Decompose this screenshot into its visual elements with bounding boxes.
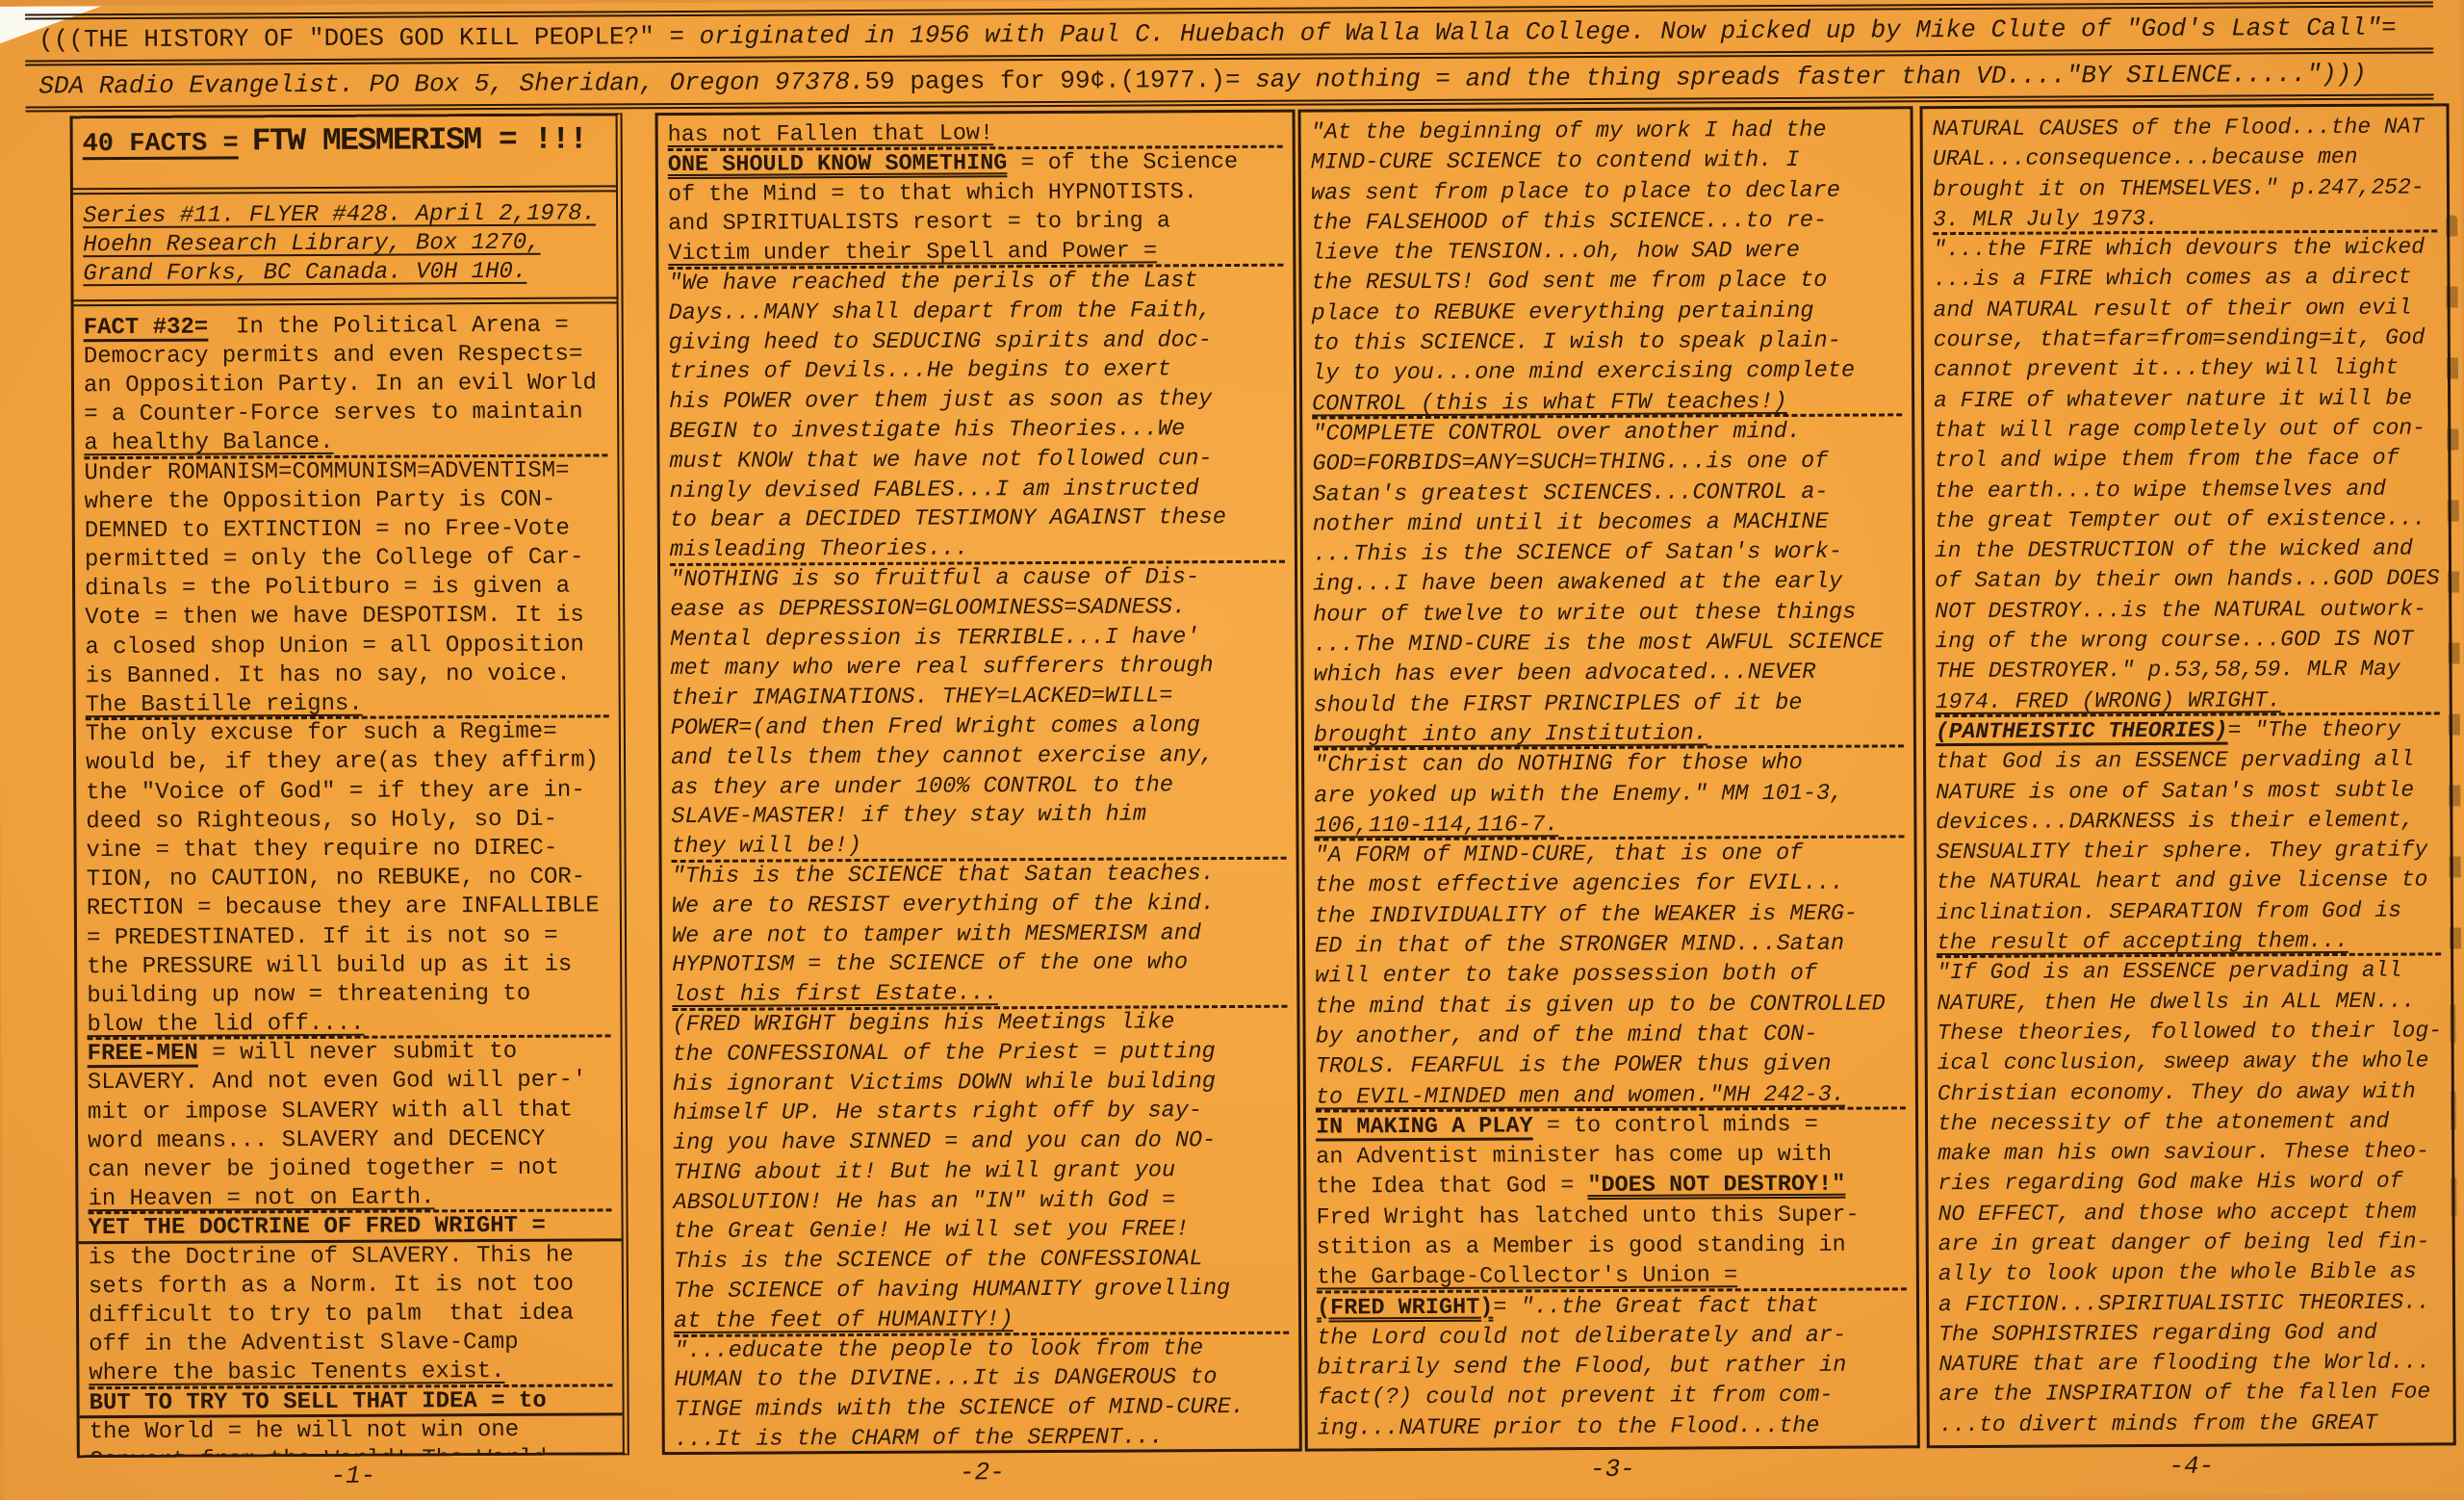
line-text: brought into any Institution.	[1314, 720, 1707, 748]
line-tail: = of the Science	[1007, 149, 1238, 176]
text-line: at the feet of HUMANITY!)	[674, 1305, 1289, 1337]
line-text: "...the FIRE which devours the wicked	[1933, 235, 2425, 263]
line-text: permitted = only the College of Car-	[85, 545, 584, 574]
text-line: The SCIENCE of having HUMANITY grovellin…	[674, 1275, 1289, 1307]
line-text: 3. MLR July 1973.	[1933, 206, 2159, 232]
line-text: in the DESTRUCTION of the wicked and	[1935, 536, 2413, 564]
text-line: his POWER over them just as soon as they	[669, 385, 1284, 418]
text-line: would be, if they are(as they affirm)	[86, 747, 609, 779]
line-text: "At the beginning of my work I had the	[1311, 117, 1827, 146]
text-line: HYPNOTISM = the SCIENCE of the one who	[672, 948, 1287, 981]
line-text: the necessity of the atonement and	[1938, 1109, 2389, 1136]
text-line: the Lord could not deliberately and ar-	[1317, 1320, 1907, 1354]
text-line: the FALSEHOOD of this SCIENCE...to re-	[1311, 205, 1901, 239]
line-text: the INDIVIDUALITY of the WEAKER is MERG-	[1315, 900, 1858, 929]
line-text: We are to RESIST everything of the kind.	[672, 891, 1215, 919]
line-text: the CONFESSIONAL of the Priest = putting	[673, 1039, 1216, 1068]
line-text: are the INSPIRATION of the fallen Foe	[1938, 1380, 2430, 1408]
line-tail: = "The theory	[2227, 717, 2400, 743]
text-line: the World = he will not win one	[90, 1415, 613, 1447]
text-line: ing of the wrong course...GOD IS NOT	[1935, 624, 2439, 657]
text-line: We are to RESIST everything of the kind.	[672, 889, 1287, 921]
line-text: We are not to tamper with MESMERISM and	[672, 920, 1201, 949]
text-line: blow the lid off....	[87, 1008, 610, 1040]
line-tail: = to control minds =	[1533, 1112, 1818, 1140]
text-line: the result of accepting them...	[1937, 925, 2441, 958]
text-line: ing you have SINNED = and you can do NO-	[673, 1126, 1288, 1159]
text-line: the Idea that God = "DOES NOT DESTROY!"	[1316, 1170, 1906, 1203]
line-text: ing of the wrong course...GOD IS NOT	[1935, 627, 2413, 655]
line-text: These theories, followed to their log-	[1937, 1018, 2442, 1046]
text-line: is Banned. It has no say, no voice.	[86, 659, 609, 691]
flyer-sheet: (((THE HISTORY OF "DOES GOD KILL PEOPLE?…	[0, 0, 2464, 1500]
text-line: Mental depression is TERRIBLE...I have'	[670, 622, 1285, 655]
text-line: Convert from the World! The World	[90, 1444, 613, 1458]
text-line: = PREDESTINATED. If it is not so =	[87, 921, 610, 953]
text-line: should the FIRST PRINCIPLES of it be	[1314, 687, 1904, 721]
line-text: HYPNOTISM = the SCIENCE of the one who	[672, 950, 1188, 979]
line-text: has not Fallen that Low!	[668, 120, 994, 148]
text-line: place to REBUKE everything pertaining	[1312, 296, 1902, 329]
line-text: YET THE DOCTRINE OF FRED WRIGHT =	[89, 1213, 546, 1241]
line-text: can never be joined together = not	[88, 1155, 559, 1184]
text-line: Hoehn Research Library, Box 1270,	[83, 229, 606, 261]
line-text: ABSOLUTION! He has an "IN" with God =	[673, 1187, 1175, 1216]
text-line: Under ROMANISM=COMMUNISM=ADVENTISM=	[84, 456, 607, 488]
line-text: TION, no CAUTION, no REBUKE, no COR-	[87, 865, 586, 893]
text-line: ing...I have been awakened at the early	[1313, 567, 1903, 601]
line-text: "COMPLETE CONTROL over another mind.	[1312, 419, 1801, 448]
text-line: NATURE that are flooding the World...	[1938, 1348, 2443, 1381]
line-text: his ignorant Victims DOWN while building	[673, 1069, 1216, 1098]
line-text: (FRED WRIGHT begins his Meetings like	[672, 1009, 1174, 1038]
line-text: giving heed to SEDUCING spirits and doc-	[669, 327, 1212, 356]
line-text: POWER=(and then Fred Wright comes along	[671, 712, 1200, 741]
line-text: ries regarding God make His word of	[1938, 1169, 2402, 1197]
page-number-4: -4-	[1927, 1447, 2456, 1485]
line-text: hour of twelve to write out these things	[1313, 599, 1856, 628]
line-text: difficult to try to palm that idea	[89, 1301, 574, 1330]
text-line: ing...NATURE prior to the Flood...the	[1318, 1410, 1908, 1444]
line-text: ...This is the SCIENCE of Satan's work-	[1313, 539, 1842, 568]
text-line: an Adventist minister has come up with	[1316, 1139, 1906, 1173]
line-text: "If God is an ESSENCE pervading all	[1937, 958, 2401, 986]
text-line: the CONFESSIONAL of the Priest = putting	[673, 1037, 1288, 1070]
text-line: the Great Genie! He will set you FREE!	[674, 1215, 1289, 1248]
text-line: CONTROL (this is what FTW teaches!)	[1312, 386, 1902, 420]
text-line: ...It is the CHARM of the SERPENT...	[675, 1423, 1290, 1455]
text-line: off in the Adventist Slave-Camp	[89, 1329, 612, 1360]
text-line: ease as DEPRESSION=GLOOMINESS=SADNESS.	[670, 592, 1285, 625]
text-line: devices...DARKNESS is their element,	[1936, 805, 2440, 838]
text-line: "...the FIRE which devours the wicked	[1933, 233, 2437, 266]
line-text: the NATURAL heart and give license to	[1937, 867, 2428, 895]
line-text: the mind that is given up to be CONTROLL…	[1315, 991, 1885, 1020]
text-line: FACT #32= In the Political Arena =	[84, 311, 607, 343]
text-line: MIND-CURE SCIENCE to contend with. I	[1311, 145, 1901, 179]
text-line: where the Opposition Party is CON-	[85, 485, 608, 517]
line-head: ONE SHOULD KNOW SOMETHING	[668, 150, 1008, 178]
banner-text-segment: (((THE HISTORY OF "DOES GOD KILL PEOPLE?…	[38, 22, 700, 55]
line-text: by another, and of the mind that CON-	[1315, 1022, 1817, 1050]
text-line: "Christ can do NOTHING for those who	[1314, 748, 1904, 782]
text-line: "If God is an ESSENCE pervading all	[1937, 956, 2441, 989]
text-line: their IMAGINATIONS. THEY=LACKED=WILL=	[671, 682, 1286, 714]
text-line: as they are under 100% CONTROL to the	[671, 770, 1286, 803]
text-line: by another, and of the mind that CON-	[1315, 1019, 1905, 1052]
banner-text-segment: 59 pages for 99¢.(1977.)	[864, 65, 1225, 96]
text-line: stition as a Member is good standing in	[1317, 1229, 1907, 1263]
line-head: (PANTHEISTIC THEORIES)	[1936, 718, 2228, 745]
line-text: will enter to take possession both of	[1315, 961, 1817, 990]
column-4: NATURAL CAUSES of the Flood...the NATURA…	[1920, 103, 2456, 1448]
text-line: "NOTHING is so fruitful a cause of Dis-	[670, 563, 1285, 596]
text-line: = a Counter-Force serves to maintain	[84, 399, 607, 430]
line-text: misleading Theories...	[670, 536, 968, 564]
line-text: the result of accepting them...	[1937, 928, 2348, 955]
text-line: BUT TO TRY TO SELL THAT IDEA = to	[79, 1386, 622, 1418]
page-number-3: -3-	[1305, 1450, 1920, 1487]
line-text: ing...NATURE prior to the Flood...the	[1318, 1413, 1820, 1442]
text-line: "This is the SCIENCE that Satan teaches.	[672, 860, 1287, 892]
line-text: "This is the SCIENCE that Satan teaches.	[672, 861, 1215, 890]
banner-text-segment: originated in 1956 with Paul C. Huebach …	[700, 13, 2397, 51]
text-line: himself UP. He starts right off by say-	[673, 1097, 1288, 1129]
text-line: vine = that they require no DIREC-	[86, 834, 609, 866]
line-head: FREE-MEN	[88, 1041, 198, 1068]
text-line: that will rage completely out of con-	[1934, 413, 2438, 446]
line-text: NOT DESTROY...is the NATURAL outwork-	[1935, 596, 2426, 624]
text-line: THE DESTROYER." p.53,58,59. MLR May	[1936, 655, 2440, 687]
line-text: NATURE, then He dwells in ALL MEN...	[1937, 988, 2415, 1016]
text-line: make man his own saviour. These theo-	[1938, 1137, 2442, 1170]
line-text: The SCIENCE of having HUMANITY grovellin…	[674, 1276, 1230, 1305]
line-text: ...It is the CHARM of the SERPENT...	[675, 1424, 1164, 1453]
text-line: These theories, followed to their log-	[1937, 1016, 2441, 1048]
line-head: the Idea that God =	[1316, 1173, 1587, 1200]
text-line: SENSUALITY their sphere. They gratify	[1936, 836, 2440, 868]
line-text: was sent from place to place to declare	[1311, 177, 1840, 206]
text-line: they will be!)	[671, 830, 1286, 863]
text-line: the most effective agencies for EVIL...	[1315, 868, 1905, 902]
line-text: vine = that they require no DIREC-	[86, 836, 557, 865]
line-text: his POWER over them just as soon as they	[669, 386, 1212, 415]
line-text: cannot prevent it...they will light	[1934, 355, 2399, 383]
text-line: Fred Wright has latched unto this Super-	[1316, 1200, 1906, 1233]
text-line: ONE SHOULD KNOW SOMETHING = of the Scien…	[668, 148, 1283, 181]
text-line: FREE-MEN = will never submit to	[88, 1038, 611, 1070]
text-line: SLAVE-MASTER! if they stay with him	[671, 800, 1286, 833]
text-line: "A FORM of MIND-CURE, that is one of	[1314, 838, 1904, 871]
text-line: the RESULTS! God sent me from place to	[1311, 266, 1901, 299]
text-line: Victim under their Spell and Power =	[668, 237, 1283, 270]
text-line: "...educate the people to look from the	[674, 1333, 1289, 1366]
text-line: deed so Righteous, so Holy, so Di-	[86, 805, 609, 837]
text-line: Democracy permits and even Respects=	[84, 340, 607, 372]
text-line: fact(?) could not prevent it from com-	[1317, 1381, 1907, 1414]
line-text: BUT TO TRY TO SELL THAT IDEA = to	[89, 1387, 546, 1415]
text-line: are in great danger of being led fin-	[1938, 1227, 2443, 1259]
text-line: TINGE minds with the SCIENCE of MIND-CUR…	[675, 1393, 1290, 1426]
text-line: NOT DESTROY...is the NATURAL outwork-	[1935, 594, 2439, 627]
line-text: ...is a FIRE which comes as a direct	[1933, 265, 2411, 293]
page-number-1: -1-	[77, 1457, 629, 1494]
line-text: 1974. FRED (WRONG) WRIGHT.	[1936, 687, 2281, 714]
line-text: 106,110-114,116-7.	[1314, 812, 1558, 839]
line-text: ...The MIND-CURE is the most AWFUL SCIEN…	[1313, 630, 1883, 659]
text-line: the INDIVIDUALITY of the WEAKER is MERG-	[1315, 898, 1905, 932]
line-text: Fred Wright has latched unto this Super-	[1316, 1202, 1859, 1230]
text-line: and SPIRITUALISTS resort = to bring a	[668, 207, 1283, 240]
line-text: the Lord could not deliberately and ar-	[1317, 1323, 1846, 1352]
text-line: ED in that of the STRONGER MIND...Satan	[1315, 928, 1905, 962]
text-line: lieve the TENSION...oh, how SAD were	[1311, 236, 1901, 270]
line-text: BEGIN to investigate his Theories...We	[669, 416, 1185, 445]
line-text: ing...I have been awakened at the early	[1313, 569, 1842, 598]
line-text: ease as DEPRESSION=GLOOMINESS=SADNESS.	[670, 594, 1186, 623]
line-text: SLAVE-MASTER! if they stay with him	[671, 802, 1146, 831]
text-line: Days...MANY shall depart from the Faith,	[669, 296, 1284, 328]
line-text: Mental depression is TERRIBLE...I have'	[670, 624, 1199, 653]
text-line: (PANTHEISTIC THEORIES)= "The theory	[1936, 714, 2440, 747]
text-line: The Bastille reigns.	[86, 688, 609, 720]
line-text: Victim under their Spell and Power =	[668, 239, 1157, 268]
masthead-kicker: 40 FACTS =	[83, 129, 239, 159]
double-rule	[73, 177, 616, 194]
line-text: stition as a Member is good standing in	[1317, 1232, 1846, 1261]
text-line: lost his first Estate...	[672, 978, 1287, 1011]
text-line: the NATURAL heart and give license to	[1937, 866, 2441, 898]
column-masthead: 40 FACTS =FTW MESMERISM = !!!	[83, 121, 606, 178]
text-line: the mind that is given up to be CONTROLL…	[1315, 989, 1905, 1022]
text-line: permitted = only the College of Car-	[85, 543, 608, 575]
line-text: The SOPHISTRIES regarding God and	[1938, 1320, 2377, 1347]
text-line: word means... SLAVERY and DECENCY	[88, 1125, 611, 1156]
line-text: as they are under 100% CONTROL to the	[671, 772, 1173, 801]
text-line: 106,110-114,116-7.	[1314, 808, 1904, 841]
line-text: that will rage completely out of con-	[1934, 415, 2425, 443]
line-text: to bear a DECIDED TESTIMONY AGAINST thes…	[670, 504, 1226, 533]
text-line: sets forth as a Norm. It is not too	[89, 1270, 612, 1302]
text-line: are yoked up with the Enemy." MM 101-3,	[1314, 778, 1904, 812]
line-text: an Adventist minister has come up with	[1316, 1142, 1832, 1171]
text-line: Series #11. FLYER #428. April 2,1978.	[83, 199, 606, 231]
text-line: inclination. SEPARATION from God is	[1937, 895, 2441, 928]
text-line: ningly devised FABLES...I am instructed	[670, 474, 1285, 506]
line-text: Days...MANY shall depart from the Faith,	[669, 297, 1212, 326]
line-text: This is the SCIENCE of the CONFESSIONAL	[674, 1246, 1203, 1275]
line-text: trol and wipe them from the face of	[1934, 446, 2399, 474]
line-text: would be, if they are(as they affirm)	[86, 748, 599, 777]
text-line: brought into any Institution.	[1314, 717, 1904, 751]
text-line: in the DESTRUCTION of the wicked and	[1935, 534, 2439, 567]
line-text: Series #11. FLYER #428. April 2,1978.	[83, 200, 596, 229]
line-text: building up now = threatening to	[87, 981, 530, 1009]
line-text: course, that=far=from=sending=it, God	[1934, 325, 2425, 353]
line-text: Vote = then we have DESPOTISM. It is	[85, 603, 584, 632]
line-text: of Satan by their own hands...GOD DOES	[1935, 566, 2440, 594]
text-line: NATURE, then He dwells in ALL MEN...	[1937, 986, 2441, 1019]
line-head: (FRED WRIGHT)	[1317, 1294, 1493, 1321]
line-text: NATURE that are flooding the World...	[1938, 1350, 2430, 1378]
line-text: TROLS. FEARFUL is the POWER thus given	[1316, 1051, 1832, 1080]
line-text: the Garbage-Collector's Union =	[1317, 1263, 1737, 1291]
text-line: the great Tempter out of existence...	[1935, 504, 2439, 536]
text-line: ...This is the SCIENCE of Satan's work-	[1313, 537, 1903, 571]
line-text: SENSUALITY their sphere. They gratify	[1936, 838, 2427, 866]
line-text: CONTROL (this is what FTW teaches!)	[1312, 389, 1787, 418]
text-line: ...The MIND-CURE is the most AWFUL SCIEN…	[1313, 627, 1903, 660]
line-text: Convert from the World! The World	[90, 1446, 547, 1459]
text-line: an Opposition Party. In an evil World	[84, 369, 607, 401]
text-line: mit or impose SLAVERY with all that	[88, 1096, 611, 1127]
line-text: off in the Adventist Slave-Camp	[89, 1330, 519, 1358]
line-text: where the basic Tenents exist.	[89, 1358, 504, 1386]
line-text: ly to you...one mind exercising complete	[1312, 358, 1855, 387]
text-line: ...to divert minds from the GREAT	[1939, 1408, 2444, 1440]
line-text: deed so Righteous, so Holy, so Di-	[86, 806, 557, 835]
line-text: NO EFFECT, and those who accept them	[1938, 1199, 2416, 1227]
text-line: Grand Forks, BC Canada. V0H 1H0.	[83, 258, 606, 290]
line-text: the great Tempter out of existence...	[1935, 505, 2426, 533]
line-text: MIND-CURE SCIENCE to contend with. I	[1311, 147, 1800, 176]
text-line: can never be joined together = not	[88, 1153, 611, 1185]
text-line: to bear a DECIDED TESTIMONY AGAINST thes…	[670, 504, 1285, 536]
line-text: NATURE is one of Satan's most subtle	[1936, 777, 2414, 805]
text-line: "At the beginning of my work I had the	[1311, 115, 1901, 148]
text-line: a FIRE of whatever nature it will be	[1934, 383, 2438, 416]
text-line: trol and wipe them from the face of	[1934, 444, 2438, 477]
text-line: BEGIN to investigate his Theories...We	[669, 415, 1284, 448]
text-line: NATURAL CAUSES of the Flood...the NAT	[1933, 112, 2437, 144]
text-line: and tells them they cannot exercise any,	[671, 740, 1286, 773]
text-line: ...is a FIRE which comes as a direct	[1933, 263, 2437, 296]
line-text: ally to look upon the whole Bible as	[1938, 1259, 2417, 1287]
line-text: sets forth as a Norm. It is not too	[89, 1271, 574, 1300]
text-line: NO EFFECT, and those who accept them	[1938, 1197, 2442, 1229]
line-text: must KNOW that we have not followed cun-	[669, 446, 1212, 475]
line-text: the RESULTS! God sent me from place to	[1311, 268, 1827, 297]
line-head: IN MAKING A PLAY	[1316, 1113, 1533, 1140]
text-line: the "Voice of God" = if they are in-	[86, 776, 609, 808]
line-text: ED in that of the STRONGER MIND...Satan	[1315, 931, 1844, 960]
text-line: "COMPLETE CONTROL over another mind.	[1312, 416, 1902, 450]
line-text: place to REBUKE everything pertaining	[1312, 298, 1814, 327]
line-text: DEMNED to EXTINCTION = no Free-Vote	[85, 515, 570, 544]
text-line: hour of twelve to write out these things	[1313, 597, 1903, 631]
line-text: brought it on THEMSELVES." p.247,252-	[1933, 174, 2425, 202]
text-line: to EVIL-MINDED men and women."MH 242-3.	[1316, 1079, 1906, 1113]
text-line: SLAVERY. And not even God will per-'	[88, 1067, 611, 1099]
line-text: Christian economy. They do away with	[1938, 1078, 2416, 1106]
text-line: dinals = the Politburo = is given a	[85, 573, 608, 605]
text-line: is the Doctrine of SLAVERY. This he	[89, 1241, 612, 1273]
text-line: (FRED WRIGHT begins his Meetings like	[672, 1008, 1287, 1041]
text-line: HUMAN to the DIVINE...It is DANGEROUS to	[674, 1363, 1289, 1396]
line-text: is Banned. It has no say, no voice.	[86, 660, 571, 689]
line-text: which has ever been advocated...NEVER	[1314, 659, 1816, 688]
page-number-2: -2-	[662, 1454, 1302, 1491]
text-line: We are not to tamper with MESMERISM and	[672, 918, 1287, 951]
text-line: building up now = threatening to	[87, 979, 610, 1011]
line-text: himself UP. He starts right off by say-	[673, 1098, 1202, 1126]
text-line: to this SCIENCE. I wish to speak plain-	[1312, 325, 1902, 359]
text-line: and NATURAL result of their own evil	[1934, 293, 2438, 325]
line-text: The Bastille reigns.	[86, 691, 363, 719]
line-text: is the Doctrine of SLAVERY. This he	[89, 1242, 574, 1271]
line-text: the most effective agencies for EVIL...	[1315, 870, 1844, 899]
line-text: a FIRE of whatever nature it will be	[1934, 385, 2412, 413]
text-line: which has ever been advocated...NEVER	[1314, 658, 1904, 691]
line-text: "Christ can do NOTHING for those who	[1314, 750, 1803, 779]
line-text: Grand Forks, BC Canada. V0H 1H0.	[83, 259, 526, 287]
line-text: of the Mind = to that which HYPNOTISTS.	[668, 179, 1197, 208]
line-text: Satan's greatest SCIENCES...CONTROL a-	[1313, 478, 1829, 507]
column-3: "At the beginning of my work I had theMI…	[1298, 106, 1920, 1451]
text-line: TROLS. FEARFUL is the POWER thus given	[1316, 1049, 1906, 1083]
line-text: SLAVERY. And not even God will per-'	[88, 1068, 587, 1097]
column-2: has not Fallen that Low!ONE SHOULD KNOW …	[655, 110, 1302, 1455]
line-text: devices...DARKNESS is their element,	[1936, 807, 2414, 835]
text-line: the earth...to wipe themselves and	[1935, 474, 2439, 506]
line-tail: In the Political Arena =	[208, 312, 569, 340]
text-line: ally to look upon the whole Bible as	[1938, 1257, 2443, 1290]
line-text: in Heaven = not on Earth.	[88, 1185, 434, 1213]
line-text: to EVIL-MINDED men and women."MH 242-3.	[1316, 1081, 1845, 1110]
text-line: met many who were real sufferers through	[670, 652, 1285, 685]
text-line: of Satan by their own hands...GOD DOES	[1935, 564, 2439, 597]
line-text: to this SCIENCE. I wish to speak plain-	[1312, 328, 1841, 357]
line-tail: "DOES NOT DESTROY!"	[1587, 1172, 1845, 1199]
line-text: make man his own saviour. These theo-	[1938, 1139, 2429, 1167]
text-line: ABSOLUTION! He has an "IN" with God =	[673, 1185, 1288, 1218]
text-line: difficult to try to palm that idea	[89, 1299, 612, 1331]
line-text: The only excuse for such a Regime=	[86, 719, 557, 748]
line-text: that God is an ESSENCE pervading all	[1936, 747, 2414, 775]
line-text: nother mind until it becomes a MACHINE	[1313, 509, 1829, 538]
text-line: was sent from place to place to declare	[1311, 175, 1901, 209]
text-line: must KNOW that we have not followed cun-	[669, 444, 1284, 477]
banner-text-segment: SDA Radio Evangelist. PO Box 5, Sheridan…	[38, 67, 864, 100]
text-line: "We have reached the perils of the Last	[668, 267, 1283, 299]
text-line: his ignorant Victims DOWN while building	[673, 1067, 1288, 1099]
line-text: a closed shop Union = all Opposition	[85, 632, 584, 660]
text-line: This is the SCIENCE of the CONFESSIONAL	[674, 1245, 1289, 1278]
line-text: "NOTHING is so fruitful a cause of Dis-	[670, 564, 1199, 593]
line-text: their IMAGINATIONS. THEY=LACKED=WILL=	[671, 683, 1173, 711]
line-text: THE DESTROYER." p.53,58,59. MLR May	[1936, 657, 2400, 685]
text-line: where the basic Tenents exist.	[89, 1358, 612, 1389]
line-text: trines of Devils...He begins to exert	[669, 357, 1171, 386]
line-text: ical conclusion, sweep away the whole	[1938, 1048, 2429, 1076]
text-line: in Heaven = not on Earth.	[88, 1183, 611, 1215]
line-head: FACT #32=	[84, 314, 209, 341]
line-text: the earth...to wipe themselves and	[1935, 476, 2386, 503]
torn-edge-marks-2	[2450, 1004, 2456, 1254]
line-text: word means... SLAVERY and DECENCY	[88, 1126, 545, 1154]
line-text: the FALSEHOOD of this SCIENCE...to re-	[1311, 208, 1827, 237]
line-text: "We have reached the perils of the Last	[668, 268, 1197, 297]
text-line: 1974. FRED (WRONG) WRIGHT.	[1936, 685, 2440, 717]
text-line: GOD=FORBIDS=ANY=SUCH=THING...is one of	[1312, 447, 1902, 480]
line-text: RECTION = because they are INFALLIBLE	[87, 893, 600, 922]
text-line: that God is an ESSENCE pervading all	[1936, 745, 2440, 778]
text-line: cannot prevent it...they will light	[1934, 353, 2438, 386]
text-line: ical conclusion, sweep away the whole	[1938, 1047, 2442, 1079]
text-line: a healthy Balance.	[84, 427, 607, 459]
line-tail: = will never submit to	[198, 1039, 517, 1067]
text-line: Vote = then we have DESPOTISM. It is	[85, 602, 608, 634]
